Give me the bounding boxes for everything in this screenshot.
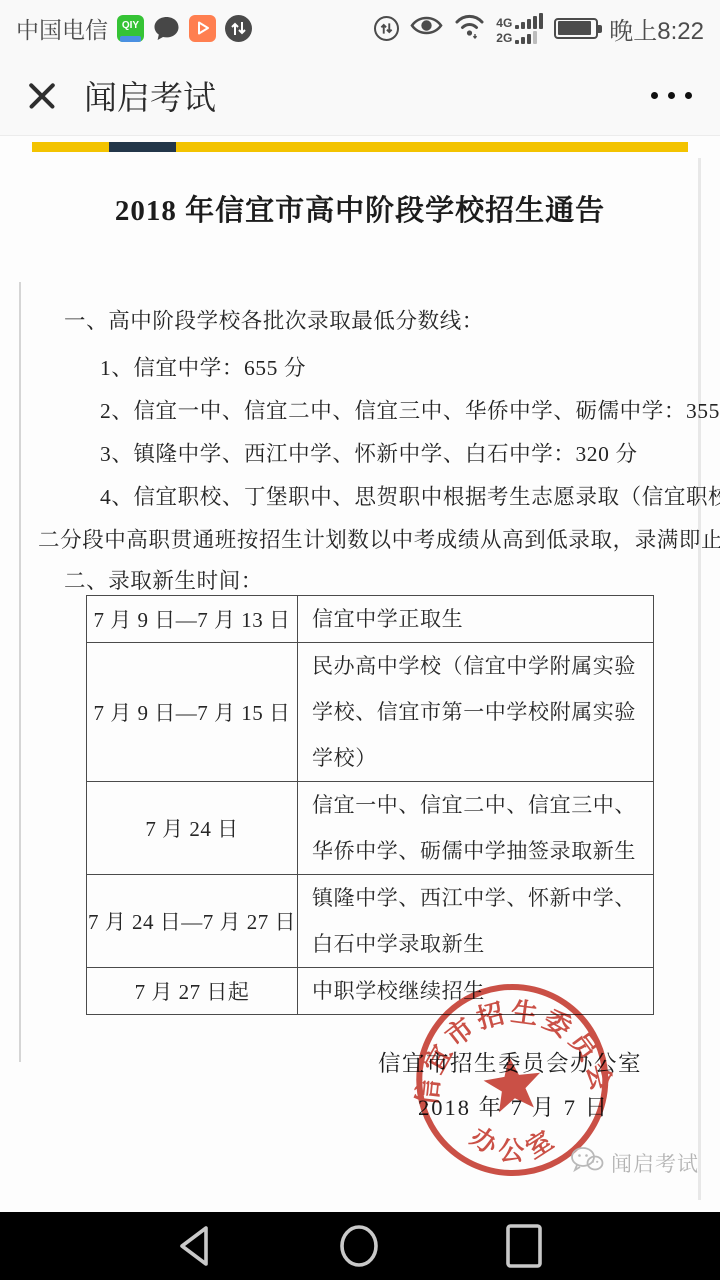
- section2-heading: 二、录取新生时间：: [64, 564, 263, 595]
- signal-2g-label: 2G: [496, 32, 512, 44]
- section1-heading: 一、高中阶段学校各批次录取最低分数线：: [64, 304, 484, 335]
- iqiyi-notification-icon: QIY: [117, 15, 144, 42]
- signal-strength-icon: 4G 2G: [496, 13, 543, 44]
- enrollment-schedule-table: 7 月 9 日—7 月 13 日 信宜中学正取生 7 月 9 日—7 月 15 …: [86, 595, 654, 1015]
- score-line-item: 1、信宜中学：655 分: [100, 351, 306, 382]
- document-title: 2018 年信宜市高中阶段学校招生通告: [0, 188, 720, 229]
- battery-icon: [554, 18, 598, 39]
- table-row: 7 月 24 日 信宜一中、信宜二中、信宜三中、华侨中学、砺儒中学抽签录取新生: [87, 782, 654, 875]
- notice-document: 2018 年信宜市高中阶段学校招生通告 一、高中阶段学校各批次录取最低分数线： …: [0, 152, 720, 1212]
- message-bubble-icon: [153, 15, 180, 42]
- back-button[interactable]: [176, 1223, 214, 1269]
- table-row: 7 月 9 日—7 月 15 日 民办高中学校（信宜中学附属实验学校、信宜市第一…: [87, 643, 654, 782]
- recent-apps-button[interactable]: [504, 1222, 544, 1270]
- status-bar-right: 4G 2G 晚上8:22: [374, 11, 704, 46]
- watermark: 闻启考试: [570, 1146, 699, 1180]
- signal-4g-label: 4G: [496, 17, 512, 29]
- status-bar: 中国电信 QIY: [0, 0, 720, 56]
- android-nav-bar: [0, 1212, 720, 1280]
- app-header: 闻启考试: [0, 56, 720, 136]
- table-row: 7 月 24 日—7 月 27 日 镇隆中学、西江中学、怀新中学、白石中学录取新…: [87, 875, 654, 968]
- video-app-icon: [189, 15, 216, 42]
- status-bar-left: 中国电信 QIY: [16, 12, 252, 45]
- eye-protection-icon: [410, 14, 443, 42]
- data-saver-icon: [374, 16, 399, 41]
- data-transfer-icon: [225, 15, 252, 42]
- desc-cell: 民办高中学校（信宜中学附属实验学校、信宜市第一中学校附属实验学校）: [298, 643, 654, 782]
- banner-bar: [32, 142, 688, 152]
- clock-label: 晚上8:22: [609, 11, 704, 46]
- watermark-label: 闻启考试: [611, 1148, 699, 1178]
- desc-cell: 信宜中学正取生: [298, 596, 654, 643]
- score-line-item: 2、信宜一中、信宜二中、信宜三中、华侨中学、砺儒中学：355 分: [100, 394, 720, 425]
- desc-cell: 信宜一中、信宜二中、信宜三中、华侨中学、砺儒中学抽签录取新生: [298, 782, 654, 875]
- wechat-bubbles-icon: [570, 1146, 604, 1180]
- home-button[interactable]: [336, 1223, 382, 1269]
- close-icon[interactable]: [26, 80, 58, 112]
- banner-navy-segment: [109, 142, 176, 152]
- wifi-icon: [454, 13, 485, 44]
- iqiyi-label: QIY: [122, 21, 139, 31]
- date-cell: 7 月 24 日—7 月 27 日: [87, 875, 298, 968]
- scan-edge-left: [19, 282, 21, 1062]
- date-cell: 7 月 27 日起: [87, 968, 298, 1015]
- date-cell: 7 月 24 日: [87, 782, 298, 875]
- score-line-item: 3、镇隆中学、西江中学、怀新中学、白石中学：320 分: [100, 437, 638, 468]
- table-row: 7 月 9 日—7 月 13 日 信宜中学正取生: [87, 596, 654, 643]
- carrier-label: 中国电信: [16, 12, 108, 45]
- scan-edge-right: [698, 158, 701, 1200]
- score-line-item: 4、信宜职校、丁堡职中、思贺职中根据考生志愿录取（信宜职校三: [100, 480, 720, 511]
- date-cell: 7 月 9 日—7 月 15 日: [87, 643, 298, 782]
- phone-screen: 中国电信 QIY: [0, 0, 720, 1280]
- more-menu-icon[interactable]: [649, 82, 694, 109]
- date-cell: 7 月 9 日—7 月 13 日: [87, 596, 298, 643]
- page-title: 闻启考试: [84, 72, 216, 119]
- score-line-item: 二分段中高职贯通班按招生计划数以中考成绩从高到低录取，录满即止）。: [38, 523, 720, 554]
